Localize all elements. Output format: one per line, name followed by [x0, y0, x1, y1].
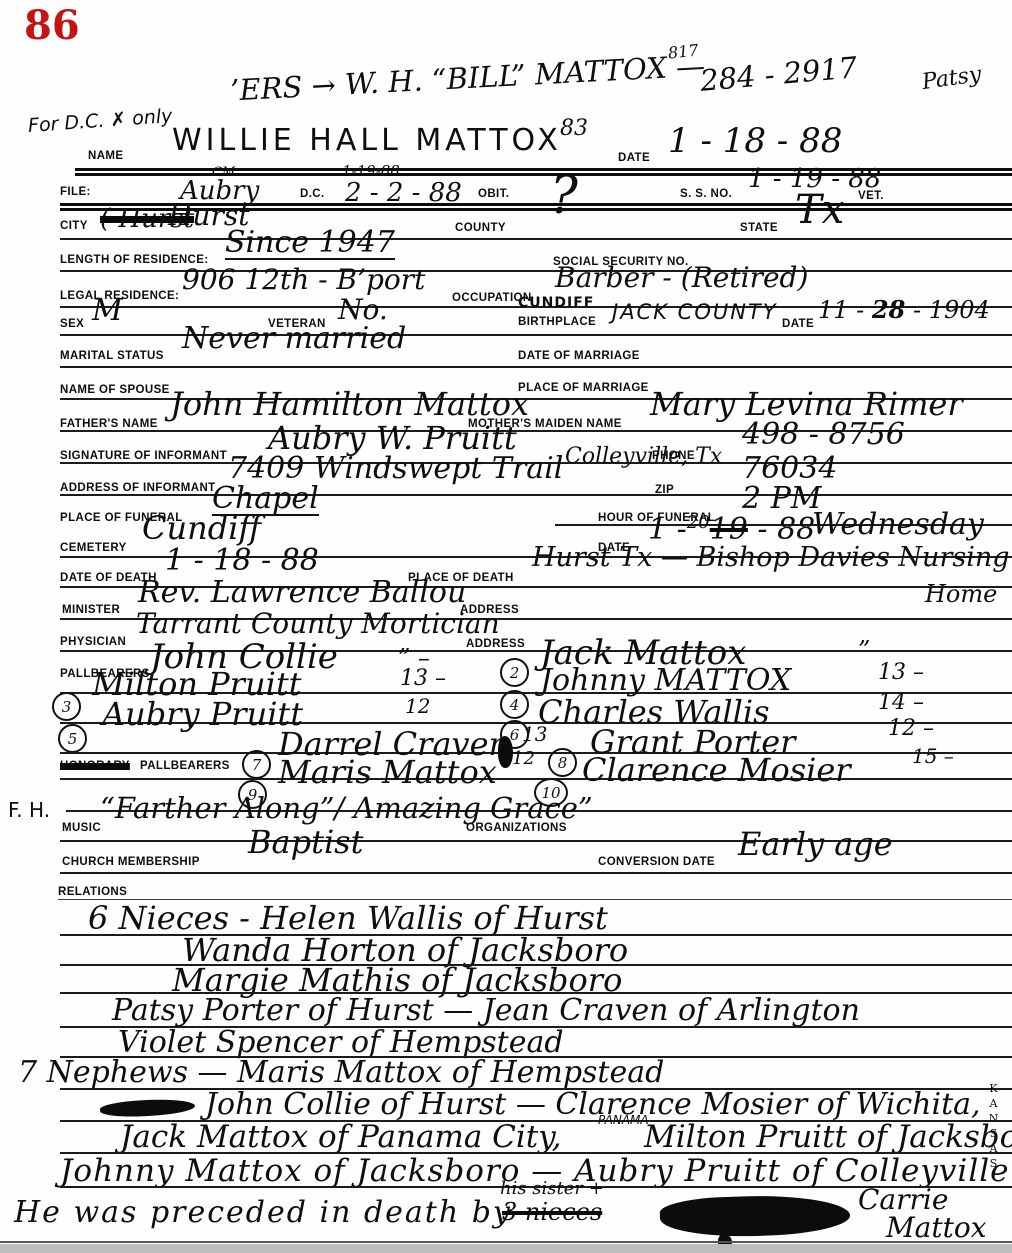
obit-label: OBIT.: [478, 188, 509, 200]
preceded-struck: 3 nieces: [502, 1200, 602, 1224]
pallbearer-9-mark: 12: [512, 750, 535, 768]
fh-margin-note: F. H.: [8, 800, 50, 820]
header-signature: Patsy: [921, 64, 983, 94]
age-value: 83: [560, 118, 588, 140]
rule: [60, 238, 1012, 240]
mother-value: Mary Levina Rimer: [650, 388, 963, 420]
file-label: FILE:: [60, 186, 91, 198]
residence-value: Since 1947: [225, 228, 395, 260]
scanned-funeral-record: 86 ’ERS → W. H. “BILL” MATTOX — 817 284 …: [0, 0, 1012, 1253]
birth-date-value: 11 - 28 - 1904: [818, 298, 990, 322]
birthplace-value: JACK COUNTY: [612, 302, 778, 323]
informant-value: Aubry W. Pruitt: [268, 422, 517, 454]
county-label: COUNTY: [455, 222, 506, 234]
relation-line: Jack Mattox of Panama City,: [120, 1122, 562, 1153]
birth-date-prefix: 11 -: [818, 296, 864, 324]
legal-residence-value: 906 12th - B’port: [182, 266, 425, 294]
minister-label: MINISTER: [62, 604, 120, 616]
marriage-place-label: PLACE OF MARRIAGE: [518, 382, 649, 394]
header-area-code: 817: [667, 42, 699, 61]
funeral-hour-value: 2 PM: [742, 484, 822, 514]
informant-address-label: ADDRESS OF INFORMANT: [60, 482, 216, 494]
pallbearer-4-name: Johnny MATTOX: [540, 666, 791, 696]
ink-scribble: [498, 736, 513, 768]
relation-line: 7 Nephews — Maris Mattox of Hempstead: [18, 1058, 664, 1088]
dc-date-note: 1-19-88: [342, 164, 400, 179]
honorary-label-struck: HONORARY: [60, 760, 130, 772]
pallbearer-8-mark: 12 –: [888, 718, 934, 740]
rule: [60, 872, 1012, 874]
pallbearer-7-number: 7: [242, 750, 271, 779]
pallbearer-10-mark: 15 –: [912, 746, 954, 766]
informant-city-value: Colleyville, Tx: [565, 446, 722, 468]
rule: [60, 778, 1012, 780]
informant-address-value: 7409 Windswept Trail: [228, 454, 563, 484]
vet-label: VET.: [858, 190, 884, 202]
page-number: 86: [24, 6, 80, 46]
relation-line: Milton Pruitt of Jacksboro: [644, 1122, 1012, 1153]
pallbearer-10-name: Clarence Mosier: [582, 754, 851, 786]
ink-scribble: [659, 1193, 850, 1240]
father-value: John Hamilton Mattox: [170, 388, 529, 420]
date-value: 1 - 18 - 88: [668, 124, 842, 158]
birth-date-suffix: - 1904: [913, 296, 990, 324]
pallbearer-5-mark: 12: [405, 696, 430, 716]
dc-label: D.C.: [300, 188, 325, 200]
header-phone: 284 - 2917: [699, 53, 858, 96]
pallbearer-7-mark: 13: [522, 724, 547, 744]
marital-value: Never married: [182, 324, 406, 354]
preceded-name-1: Carrie: [858, 1186, 948, 1214]
honorary-pallbearers-label: PALLBEARERS: [140, 760, 230, 772]
organizations-label: ORGANIZATIONS: [466, 822, 567, 834]
pallbearer-8-number: 8: [548, 748, 577, 777]
birthplace-note: CUNDIFF: [518, 296, 594, 310]
death-date-value: 1 - 18 - 88: [165, 546, 319, 576]
birth-date-day: 28: [872, 295, 905, 324]
rule: [60, 494, 1012, 496]
cemetery-label: CEMETERY: [60, 542, 127, 554]
pallbearer-2-mark: ”: [858, 638, 870, 662]
phone-value: 498 - 8756: [742, 420, 905, 450]
physician-address-label: ADDRESS: [466, 638, 525, 650]
panama-note: PANAMA: [598, 1114, 649, 1126]
cemetery-date-corrected: 20: [687, 512, 710, 533]
informant-label: SIGNATURE OF INFORMANT: [60, 450, 227, 462]
relations-label: RELATIONS: [58, 886, 127, 898]
pallbearer-4-number: 4: [500, 690, 529, 719]
obit-value: ?: [550, 170, 578, 222]
father-label: FATHER'S NAME: [60, 418, 158, 430]
preceded-name-2: Mattox: [886, 1214, 987, 1242]
cemetery-weekday: Wednesday: [812, 510, 984, 540]
birthplace-label: BIRTHPLACE: [518, 316, 596, 328]
city-label: CITY: [60, 220, 88, 232]
scan-edge-strip: [0, 1244, 1012, 1253]
pallbearer-5-number: 5: [58, 724, 87, 753]
church-value: Baptist: [248, 826, 363, 858]
physician-label: PHYSICIAN: [60, 636, 126, 648]
relation-line: Violet Spencer of Hempstead: [118, 1028, 564, 1058]
sex-label: SEX: [60, 318, 84, 330]
pallbearer-3-mark: 13 –: [400, 668, 446, 690]
name-value: WILLIE HALL MATTOX: [172, 126, 562, 156]
state-value: Tx: [795, 190, 844, 230]
pallbearer-9-name: Maris Mattox: [278, 756, 497, 788]
marital-label: MARITAL STATUS: [60, 350, 164, 362]
scan-edge-line: [0, 1241, 1012, 1243]
pallbearer-5-name: Aubry Pruitt: [102, 698, 303, 730]
zip-value: 76034: [742, 454, 837, 484]
spouse-label: NAME OF SPOUSE: [60, 384, 170, 396]
music-value: “Farther Along”/ Amazing Grace”: [100, 794, 593, 823]
pallbearer-3-number: 3: [52, 692, 81, 721]
birth-date-label: DATE: [782, 318, 814, 330]
sex-value: M: [92, 296, 123, 326]
physician-value: Tarrant County Mortician: [136, 610, 500, 638]
cemetery-date-value: 1 -2019 - 88: [648, 514, 815, 545]
cemetery-value: Cundiff: [142, 512, 261, 544]
pallbearer-4-mark: 13 –: [878, 662, 924, 684]
date-label: DATE: [618, 152, 650, 164]
death-place-value: Hurst Tx — Bishop Davies Nursing: [532, 544, 1010, 571]
relation-line: John Collie of Hurst — Clarence Mosier o…: [205, 1090, 981, 1120]
preceded-text: He was preceded in death by: [14, 1198, 512, 1228]
minister-value: Rev. Lawrence Ballou: [138, 578, 466, 608]
ssno-label: S. S. NO.: [680, 188, 732, 200]
pallbearer-2-number: 2: [500, 658, 529, 687]
occupation-value: Barber - (Retired): [555, 264, 808, 292]
struck-out-word: [100, 1098, 196, 1119]
relation-line: 6 Nieces - Helen Wallis of Hurst: [88, 902, 608, 934]
conversion-value: Early age: [738, 828, 893, 860]
name-label: NAME: [88, 150, 123, 162]
music-label: MUSIC: [62, 822, 101, 834]
state-label: STATE: [740, 222, 778, 234]
conversion-label: CONVERSION DATE: [598, 856, 715, 868]
pallbearer-6-mark: 14 –: [878, 692, 924, 714]
dc-only-note: For D.C. ✗ only: [28, 107, 174, 136]
marriage-date-label: DATE OF MARRIAGE: [518, 350, 640, 362]
church-label: CHURCH MEMBERSHIP: [62, 856, 200, 868]
relation-line: Patsy Porter of Hurst — Jean Craven of A…: [112, 996, 860, 1026]
preceded-insert-above: his sister +: [500, 1180, 604, 1198]
header-note: ’ERS → W. H. “BILL” MATTOX —: [230, 52, 706, 106]
rule: [60, 366, 1012, 368]
rule: [60, 752, 1012, 754]
veteran-value: No.: [338, 296, 388, 324]
